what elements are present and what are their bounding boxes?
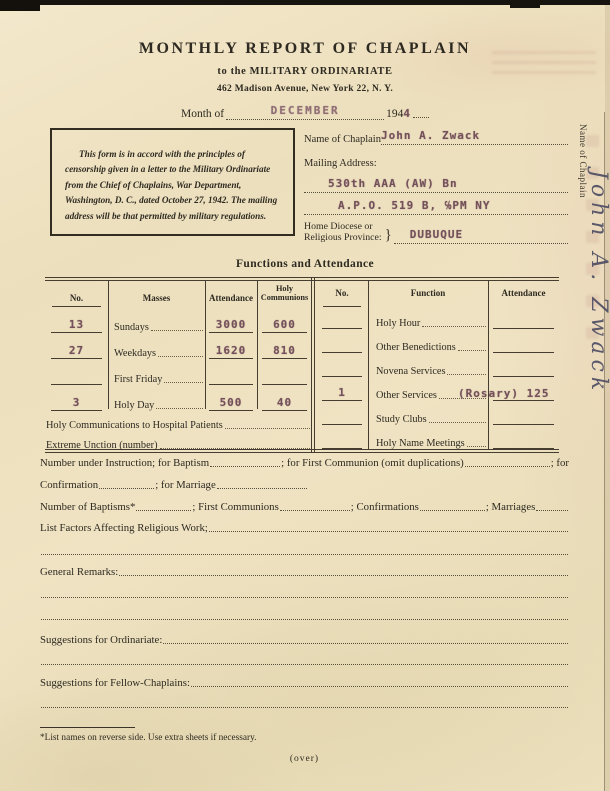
name-stamp: John A. Zwack xyxy=(381,129,480,142)
header-no: No. xyxy=(316,288,368,298)
attendance-stamp: 1620 xyxy=(216,344,247,357)
function-label: Holy Hour xyxy=(376,318,420,329)
dotted-fill xyxy=(280,508,350,511)
suggestions-fellow-label: Suggestions for Fellow-Chaplains: xyxy=(40,677,190,689)
paper-edge-strip xyxy=(605,5,610,791)
function-row-study-clubs: Study Clubs xyxy=(316,401,559,425)
dotted-fill xyxy=(217,486,307,489)
chaplain-info: Name of Chaplain John A. Zwack Mailing A… xyxy=(304,130,568,244)
table-rule-top xyxy=(45,277,559,281)
mass-label-cell: First Friday xyxy=(108,374,205,385)
attendance-stamp: 500 xyxy=(220,396,243,409)
dotted-leader xyxy=(422,324,486,327)
no-stamp: 3 xyxy=(73,396,81,409)
hospital-communications-label: Holy Communications to Hospital Patients xyxy=(46,420,223,431)
masses-row-sundays: 13 Sundays 3000 600 xyxy=(45,307,312,333)
diocese-field: Home Diocese or Religious Province: } DU… xyxy=(304,221,568,244)
communions-stamp: 600 xyxy=(273,318,296,331)
suggestions-fellow-line: Suggestions for Fellow-Chaplains: xyxy=(40,673,569,689)
function-label-cell: Study Clubs xyxy=(368,414,488,425)
marriages-label: ; Marriages xyxy=(486,501,535,513)
censorship-notice-box: This form is in accord with the principl… xyxy=(50,128,295,236)
chaplain-signature: John A. Zwack xyxy=(586,170,610,395)
mass-label: First Friday xyxy=(114,374,162,385)
dotted-fill xyxy=(41,552,568,555)
year-stamp: 4 xyxy=(403,107,411,120)
function-label: Novena Services xyxy=(376,366,445,377)
no-cell: 3 xyxy=(45,397,108,411)
dotted-fill xyxy=(41,617,568,620)
confirmation-label: Confirmation xyxy=(40,479,98,491)
header-holy-communions-text: HolyCommunions xyxy=(261,284,309,303)
mailing-address-line1: 530th AAA (AW) Bn xyxy=(304,178,568,193)
marriage-label: ; for Marriage xyxy=(155,479,216,491)
form-title: MONTHLY REPORT OF CHAPLAIN xyxy=(0,40,610,58)
dotted-fill xyxy=(41,595,568,598)
header-attendance: Attendance xyxy=(488,288,559,298)
function-label-cell: Other Services(Rosary) 125 xyxy=(368,390,488,401)
dotted-leader xyxy=(156,406,203,409)
function-row-other-benedictions: Other Benedictions xyxy=(316,329,559,353)
function-label: Study Clubs xyxy=(376,414,427,425)
dotted-fill xyxy=(209,529,568,532)
mass-label: Sundays xyxy=(114,322,149,333)
right-table-header: No. Function Attendance xyxy=(316,288,559,298)
dotted-fill xyxy=(119,573,568,576)
blank-rule xyxy=(40,606,569,622)
address-line2-stamp: A.P.O. 519 B, ℅PM NY xyxy=(338,199,490,212)
scanned-form-page: MONTHLY REPORT OF CHAPLAIN to the MILITA… xyxy=(0,0,610,791)
month-stamp: DECEMBER xyxy=(271,104,340,117)
confirmation-marriage-line: Confirmation; for Marriage xyxy=(40,475,569,491)
name-field: Name of Chaplain John A. Zwack xyxy=(304,130,568,145)
no-stamp: 27 xyxy=(69,344,84,357)
blank-rule xyxy=(40,651,569,667)
header-masses: Masses xyxy=(108,284,205,303)
communions-cell: 40 xyxy=(257,397,312,411)
address-line2-rule: A.P.O. 519 B, ℅PM NY xyxy=(304,200,568,215)
masses-row-first-friday: First Friday xyxy=(45,359,312,385)
communions-cell: 600 xyxy=(257,319,312,333)
function-label: Other Benedictions xyxy=(376,342,456,353)
diocese-label-line1: Home Diocese or xyxy=(304,221,373,232)
function-label: Holy Name Meetings xyxy=(376,438,465,449)
masses-row-holy-day: 3 Holy Day 500 40 xyxy=(45,385,312,411)
table-title: Functions and Attendance xyxy=(0,258,610,270)
no-cell: 13 xyxy=(45,319,108,333)
dotted-leader xyxy=(225,426,310,429)
no-cell: 27 xyxy=(45,345,108,359)
diocese-stamp: DUBUQUE xyxy=(410,228,463,241)
attendance-cell: 1620 xyxy=(205,345,257,359)
function-row-other-services: 1 Other Services(Rosary) 125 xyxy=(316,377,559,401)
month-label: Month of xyxy=(181,108,224,120)
attendance-cell: 500 xyxy=(205,397,257,411)
dotted-leader xyxy=(160,446,310,449)
brace-glyph: } xyxy=(385,227,392,244)
factors-line: List Factors Affecting Religious Work; xyxy=(40,518,569,534)
form-header: MONTHLY REPORT OF CHAPLAIN to the MILITA… xyxy=(0,40,610,120)
mass-label-cell: Holy Day xyxy=(108,400,205,411)
factors-label: List Factors Affecting Religious Work; xyxy=(40,522,208,534)
dotted-fill xyxy=(210,464,280,467)
header-holy-communions: HolyCommunions xyxy=(257,284,312,303)
function-label-cell: Novena Services xyxy=(368,366,488,377)
instruction-line: Number under Instruction; for Baptism; f… xyxy=(40,453,569,469)
no-stamp: 1 xyxy=(338,386,346,399)
function-row-novena-services: Novena Services xyxy=(316,353,559,377)
attendance-cell xyxy=(488,445,559,449)
month-trailing-dots xyxy=(413,115,429,118)
mass-label-cell: Sundays xyxy=(108,322,205,333)
no-cell: 1 xyxy=(316,387,368,401)
address-line1-stamp: 530th AAA (AW) Bn xyxy=(328,177,458,190)
form-subtitle: to the MILITARY ORDINARIATE xyxy=(0,66,610,77)
name-label: Name of Chaplain xyxy=(304,134,381,145)
confirmations-label: ; Confirmations xyxy=(351,501,419,513)
baptisms-label: Number of Baptisms* xyxy=(40,501,135,513)
dotted-leader xyxy=(164,380,203,383)
rosary-stamp: (Rosary) 125 xyxy=(458,387,549,400)
suggestions-ordinariate-line: Suggestions for Ordinariate: xyxy=(40,630,569,646)
function-label-cell: Holy Name Meetings xyxy=(368,438,488,449)
dotted-fill xyxy=(41,705,568,708)
extreme-unction-line: Extreme Unction (number) xyxy=(46,432,312,451)
footnote-text: *List names on reverse side. Use extra s… xyxy=(40,733,257,743)
attendance-table: No. Masses Attendance HolyCommunions 13 … xyxy=(45,277,559,453)
month-value-line: DECEMBER xyxy=(226,105,384,120)
function-label-cell: Holy Hour xyxy=(368,318,488,329)
diocese-value-line: DUBUQUE xyxy=(394,229,568,244)
function-row-holy-hour: Holy Hour xyxy=(316,305,559,329)
dotted-leader xyxy=(467,444,486,447)
header-attendance: Attendance xyxy=(205,284,257,303)
diocese-label-line2: Religious Province: xyxy=(304,232,382,243)
dotted-fill xyxy=(163,641,568,644)
masses-row-weekdays: 27 Weekdays 1620 810 xyxy=(45,333,312,359)
communions-stamp: 810 xyxy=(273,344,296,357)
header-function: Function xyxy=(368,288,488,298)
scan-edge-nub xyxy=(510,0,540,8)
function-row-holy-name-meetings: Holy Name Meetings xyxy=(316,425,559,449)
attendance-cell: 3000 xyxy=(205,319,257,333)
dotted-fill xyxy=(465,464,550,467)
attendance-stamp: 3000 xyxy=(216,318,247,331)
mass-label: Weekdays xyxy=(114,348,156,359)
over-label: (over) xyxy=(40,754,569,764)
month-field: Month of DECEMBER 1944 xyxy=(0,105,610,120)
sacrament-counts-line: Number of Baptisms*; First Communions; C… xyxy=(40,497,569,513)
year-printed: 194 xyxy=(386,108,403,120)
dotted-fill xyxy=(191,684,568,687)
left-table-header: No. Masses Attendance HolyCommunions xyxy=(45,284,312,303)
function-label-cell: Other Benedictions xyxy=(368,342,488,353)
blank-rule xyxy=(40,584,569,600)
general-remarks-label: General Remarks: xyxy=(40,566,118,578)
first-communions-label: ; First Communions xyxy=(192,501,278,513)
no-stamp: 13 xyxy=(69,318,84,331)
instruction-baptism-label: Number under Instruction; for Baptism xyxy=(40,457,209,469)
no-cell xyxy=(316,445,368,449)
general-remarks-line: General Remarks: xyxy=(40,562,569,578)
dotted-leader xyxy=(458,348,486,351)
function-label: Other Services xyxy=(376,390,437,401)
dotted-fill xyxy=(136,508,191,511)
footnote-rule xyxy=(40,727,135,728)
mass-label-cell: Weekdays xyxy=(108,348,205,359)
hospital-communications-line: Holy Communications to Hospital Patients xyxy=(46,412,312,431)
dotted-fill xyxy=(41,662,568,665)
censorship-notice-text: This form is in accord with the principl… xyxy=(65,147,280,224)
dotted-leader xyxy=(151,328,203,331)
scan-edge-corner xyxy=(0,0,40,11)
instruction-for-label: ; for xyxy=(551,457,569,469)
dotted-leader xyxy=(158,354,203,357)
dotted-fill xyxy=(536,508,568,511)
suggestions-ordinariate-label: Suggestions for Ordinariate: xyxy=(40,634,162,646)
mailing-address-label: Mailing Address: xyxy=(304,158,568,169)
address-line1-rule: 530th AAA (AW) Bn xyxy=(304,178,568,193)
communions-stamp: 40 xyxy=(277,396,292,409)
mass-label: Holy Day xyxy=(114,400,154,411)
form-address: 462 Madison Avenue, New York 22, N. Y. xyxy=(0,84,610,94)
header-no: No. xyxy=(45,284,108,303)
dotted-fill xyxy=(99,486,154,489)
dotted-leader xyxy=(429,420,486,423)
extreme-unction-label: Extreme Unction (number) xyxy=(46,440,158,451)
blank-rule xyxy=(40,694,569,710)
dotted-fill xyxy=(420,508,485,511)
diocese-label: Home Diocese or Religious Province: xyxy=(304,221,382,244)
name-value-line: John A. Zwack xyxy=(381,130,568,145)
dotted-leader xyxy=(447,372,486,375)
mailing-address-line2: A.P.O. 519 B, ℅PM NY xyxy=(304,200,568,215)
communions-cell: 810 xyxy=(257,345,312,359)
instruction-first-communion-label: ; for First Communion (omit duplications… xyxy=(281,457,464,469)
blank-rule xyxy=(40,541,569,557)
